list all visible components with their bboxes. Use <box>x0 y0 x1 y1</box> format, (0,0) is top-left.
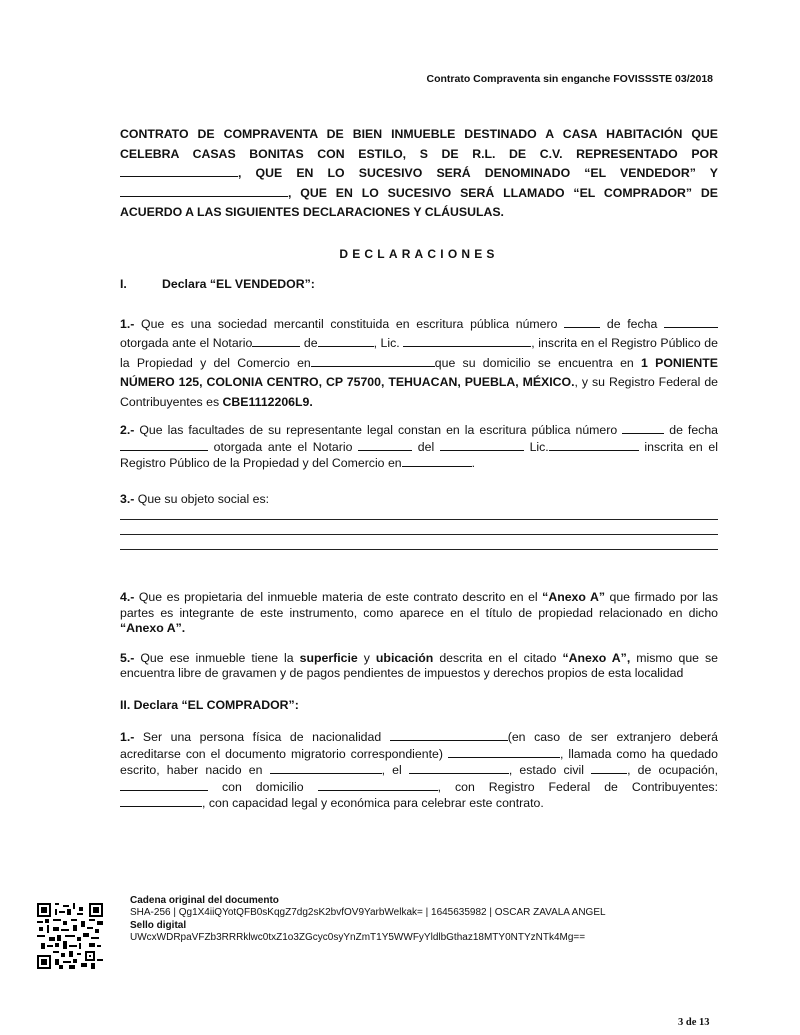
deed-date-blank <box>664 316 718 328</box>
item-number: 2.- <box>120 423 134 437</box>
declarations-heading: DECLARACIONES <box>120 247 718 261</box>
text: Que es una sociedad mercantil constituid… <box>134 317 564 331</box>
document-reference: Contrato Compraventa sin enganche FOVISS… <box>427 73 714 85</box>
seller-declaration-5: 5.- Que ese inmueble tiene la superficie… <box>120 651 718 682</box>
seller-declaration-1: 1.- Que es una sociedad mercantil consti… <box>120 315 718 413</box>
text: de fecha <box>600 317 664 331</box>
annex-reference: “Anexo A”. <box>120 621 185 635</box>
seller-rfc: CBE1112206L9. <box>223 395 313 409</box>
text: del <box>412 440 440 454</box>
annex-reference: “Anexo A” <box>542 590 605 604</box>
social-purpose-line-3 <box>120 549 718 550</box>
item-number: 3.- <box>120 492 134 506</box>
text: Que las facultades de su representante l… <box>134 423 622 437</box>
text: que su domicilio se encuentra en <box>435 356 641 370</box>
seller-heading: I. Declara “EL VENDEDOR”: <box>120 277 718 291</box>
text: , estado civil <box>509 763 591 777</box>
document-footer: Cadena original del documento SHA-256 | … <box>37 903 103 969</box>
text: Que ese inmueble tiene la <box>134 651 299 665</box>
text: y <box>358 651 376 665</box>
title-part-2: , QUE EN LO SUCESIVO SERÁ DENOMINADO “EL… <box>238 166 718 180</box>
buyer-heading: II. Declara “EL COMPRADOR”: <box>120 696 718 716</box>
deed-number-blank <box>564 316 600 328</box>
bold-term: superficie <box>300 651 358 665</box>
contract-title: CONTRATO DE COMPRAVENTA DE BIEN INMUEBLE… <box>120 125 718 223</box>
text: Lic. <box>524 440 549 454</box>
buyer-declaration-1: 1.- Ser una persona física de nacionalid… <box>120 729 718 812</box>
item-number: 5.- <box>120 651 134 665</box>
occupation-blank <box>120 779 208 791</box>
seller-declaration-4: 4.- Que es propietaria del inmueble mate… <box>120 590 718 637</box>
text: de fecha <box>664 423 718 437</box>
deed-date-blank <box>120 439 208 451</box>
text: Ser una persona física de nacionalidad <box>134 730 389 744</box>
text: con domicilio <box>208 780 318 794</box>
text: . <box>472 456 475 470</box>
original-chain-label: Cadena original del documento <box>130 895 606 907</box>
notary-number-blank <box>252 335 300 347</box>
address-blank <box>318 779 438 791</box>
seller-declaration-3: 3.- Que su objeto social es: <box>120 490 718 510</box>
notary-name-blank <box>549 439 639 451</box>
notary-location-blank <box>440 439 524 451</box>
text: , Lic. <box>374 336 404 350</box>
text: , de ocupación, <box>627 763 718 777</box>
buyer-name-blank <box>120 185 288 197</box>
marital-status-blank <box>591 762 627 774</box>
registry-location-blank <box>402 455 472 467</box>
text: descrita en el citado <box>433 651 562 665</box>
text: Que es propietaria del inmueble materia … <box>134 590 542 604</box>
page-number: 3 de 13 <box>678 1017 710 1028</box>
birthplace-blank <box>270 762 382 774</box>
bold-term: ubicación <box>376 651 433 665</box>
item-number: 1.- <box>120 730 134 744</box>
seller-declaration-2: 2.- Que las facultades de su representan… <box>120 422 718 472</box>
digital-seal-value: UWcxWDRpaVFZb3RRRklwc0txZ1o3ZGcyc0syYnZm… <box>130 932 606 944</box>
text: de <box>300 336 317 350</box>
text: otorgada ante el Notario <box>208 440 358 454</box>
title-part-1: CONTRATO DE COMPRAVENTA DE BIEN INMUEBLE… <box>120 127 718 161</box>
original-chain-value: SHA-256 | Qg1X4iiQYotQFB0sKqgZ7dg2sK2bvf… <box>130 907 606 919</box>
item-number: 4.- <box>120 590 134 604</box>
deed-number-blank <box>622 422 664 434</box>
nationality-blank <box>390 729 508 741</box>
migration-document-blank <box>448 746 560 758</box>
rfc-blank <box>120 795 202 807</box>
item-number: 1.- <box>120 317 134 331</box>
seller-heading-text: Declara “EL VENDEDOR”: <box>162 277 315 291</box>
text: , el <box>382 763 409 777</box>
text: otorgada ante el Notario <box>120 336 252 350</box>
notary-number-blank <box>358 439 412 451</box>
social-purpose-line-2 <box>120 534 718 535</box>
digital-signature-block: Cadena original del documento SHA-256 | … <box>130 895 606 944</box>
text: , con capacidad legal y económica para c… <box>202 796 544 810</box>
representative-blank <box>120 165 238 177</box>
annex-reference: “Anexo A”, <box>563 651 631 665</box>
notary-location-blank <box>318 335 374 347</box>
document-body: CONTRATO DE COMPRAVENTA DE BIEN INMUEBLE… <box>120 125 718 812</box>
notary-name-blank <box>403 335 531 347</box>
text: Que su objeto social es: <box>134 492 269 506</box>
qr-code-icon <box>37 903 103 969</box>
social-purpose-line-1 <box>120 519 718 520</box>
seller-heading-number: I. <box>120 277 162 291</box>
registry-location-blank <box>311 355 435 367</box>
text: , con Registro Federal de Contribuyentes… <box>438 780 718 794</box>
digital-seal-label: Sello digital <box>130 920 606 932</box>
birthdate-blank <box>409 762 509 774</box>
